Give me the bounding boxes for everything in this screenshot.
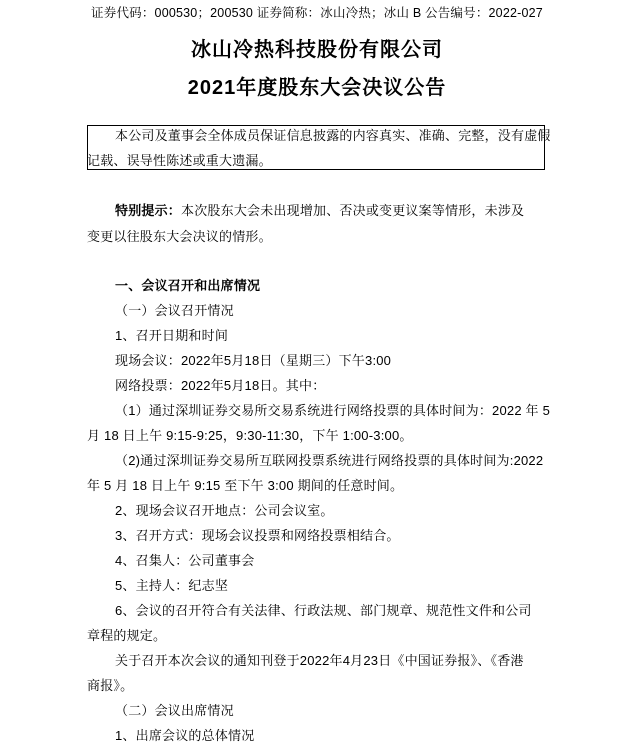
disclaimer-line-2: 记载、误导性陈述或重大遗漏。 — [87, 152, 545, 169]
body-line: 6、会议的召开符合有关法律、行政法规、部门规章、规范性文件和公司 — [87, 602, 545, 619]
body-line: 现场会议：2022年5月18日（星期三）下午3:00 — [87, 352, 545, 369]
body-line: 商报》。 — [87, 677, 545, 694]
document-title: 2021年度股东大会决议公告 — [0, 76, 634, 100]
announcement-page: 证券代码：000530；200530 证券简称：冰山冷热；冰山 B 公告编号：2… — [0, 0, 634, 744]
body-line: 2、现场会议召开地点：公司会议室。 — [87, 502, 545, 519]
section-heading-1: 一、会议召开和出席情况 — [87, 277, 545, 294]
disclaimer-line-1: 本公司及董事会全体成员保证信息披露的内容真实、准确、完整，没有虚假 — [87, 127, 545, 144]
body-line: 年 5 月 18 日上午 9:15 至下午 3:00 期间的任意时间。 — [87, 477, 545, 494]
body-line: 关于召开本次会议的通知刊登于2022年4月23日《中国证券报》、《香港 — [87, 652, 545, 669]
body-line: 5、主持人：纪志坚 — [87, 577, 545, 594]
body-line: 月 18 日上午 9:15-9:25，9:30-11:30，下午 1:00-3:… — [87, 427, 545, 444]
body-line: （2)通过深圳证券交易所互联网投票系统进行网络投票的具体时间为:2022 — [87, 452, 545, 469]
special-notice-line-1: 特别提示：本次股东大会未出现增加、否决或变更议案等情形，未涉及 — [87, 202, 545, 219]
special-notice-text: 本次股东大会未出现增加、否决或变更议案等情形，未涉及 — [181, 203, 524, 218]
body-line: 1、出席会议的总体情况 — [87, 727, 545, 744]
securities-meta-line: 证券代码：000530；200530 证券简称：冰山冷热；冰山 B 公告编号：2… — [0, 5, 634, 22]
body-line: （1）通过深圳证券交易所交易系统进行网络投票的具体时间为：2022 年 5 — [87, 402, 545, 419]
subsection-heading-1-1: （一）会议召开情况 — [87, 302, 545, 319]
body-line: 章程的规定。 — [87, 627, 545, 644]
body-line: 4、召集人：公司董事会 — [87, 552, 545, 569]
company-title: 冰山冷热科技股份有限公司 — [0, 38, 634, 62]
special-notice-line-2: 变更以往股东大会决议的情形。 — [87, 228, 545, 245]
special-notice-label: 特别提示： — [115, 203, 181, 218]
body-line: 3、召开方式：现场会议投票和网络投票相结合。 — [87, 527, 545, 544]
subsection-heading-1-2: （二）会议出席情况 — [87, 702, 545, 719]
body-line: 1、召开日期和时间 — [87, 327, 545, 344]
body-line: 网络投票：2022年5月18日。其中： — [87, 377, 545, 394]
